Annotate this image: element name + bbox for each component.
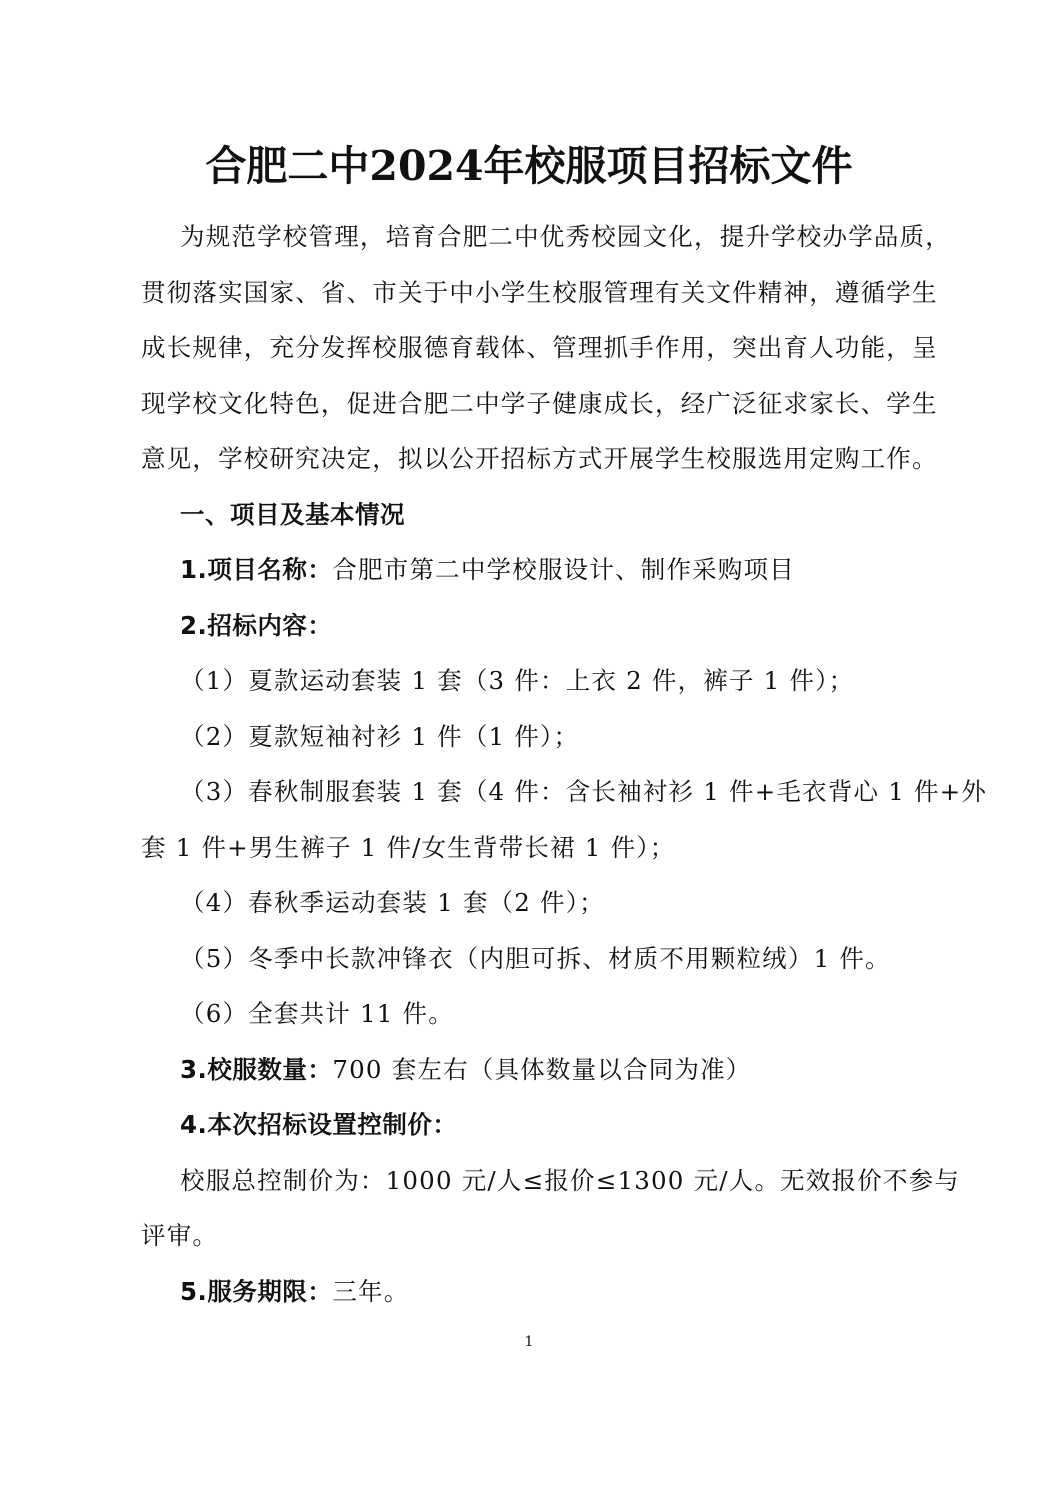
bid-contents-label: 2.招标内容：	[180, 611, 332, 640]
item-service-period: 5.服务期限：三年。	[180, 1272, 920, 1312]
contents-line-6: （6）全套共计 11 件。	[180, 994, 920, 1034]
service-period-value: 三年。	[332, 1277, 409, 1306]
item-uniform-quantity: 3.校服数量：700 套左右（具体数量以合同为准）	[180, 1050, 920, 1090]
service-period-label: 5.服务期限：	[180, 1277, 332, 1306]
item-control-price: 4.本次招标设置控制价：	[180, 1105, 920, 1145]
intro-line-1: 为规范学校管理，培育合肥二中优秀校园文化，提升学校办学品质，	[180, 217, 920, 257]
contents-line-4: （4）春秋季运动套装 1 套（2 件）；	[180, 883, 920, 923]
project-name-label: 1.项目名称：	[180, 555, 332, 584]
document-title: 合肥二中2024年校服项目招标文件	[0, 138, 1058, 194]
project-name-value: 合肥市第二中学校服设计、制作采购项目	[332, 555, 795, 584]
document-page: 合肥二中2024年校服项目招标文件 为规范学校管理，培育合肥二中优秀校园文化，提…	[0, 0, 1058, 1496]
intro-line-5: 意见，学校研究决定，拟以公开招标方式开展学生校服选用定购工作。	[141, 439, 919, 479]
contents-line-3-cont: 套 1 件+男生裤子 1 件/女生背带长裙 1 件）；	[141, 828, 919, 868]
item-project-name: 1.项目名称：合肥市第二中学校服设计、制作采购项目	[180, 550, 920, 590]
page-number: 1	[0, 1332, 1058, 1352]
contents-line-5: （5）冬季中长款冲锋衣（内胆可拆、材质不用颗粒绒）1 件。	[180, 939, 920, 979]
control-price-label: 4.本次招标设置控制价：	[180, 1110, 457, 1139]
intro-line-2: 贯彻落实国家、省、市关于中小学生校服管理有关文件精神，遵循学生	[141, 273, 919, 313]
item-bid-contents: 2.招标内容：	[180, 606, 920, 646]
intro-line-3: 成长规律，充分发挥校服德育载体、管理抓手作用，突出育人功能，呈	[141, 328, 919, 368]
price-line-1: 校服总控制价为：1000 元/人≤报价≤1300 元/人。无效报价不参与	[180, 1161, 920, 1201]
contents-line-3: （3）春秋制服套装 1 套（4 件：含长袖衬衫 1 件+毛衣背心 1 件+外	[180, 772, 920, 812]
section-heading-project-info: 一、项目及基本情况	[180, 495, 920, 535]
uniform-quantity-label: 3.校服数量：	[180, 1055, 332, 1084]
price-line-2: 评审。	[141, 1216, 919, 1256]
contents-line-1: （1）夏款运动套装 1 套（3 件：上衣 2 件，裤子 1 件）；	[180, 661, 920, 701]
contents-line-2: （2）夏款短袖衬衫 1 件（1 件）；	[180, 717, 920, 757]
uniform-quantity-value: 700 套左右（具体数量以合同为准）	[332, 1055, 751, 1084]
intro-line-4: 现学校文化特色，促进合肥二中学子健康成长，经广泛征求家长、学生	[141, 384, 919, 424]
